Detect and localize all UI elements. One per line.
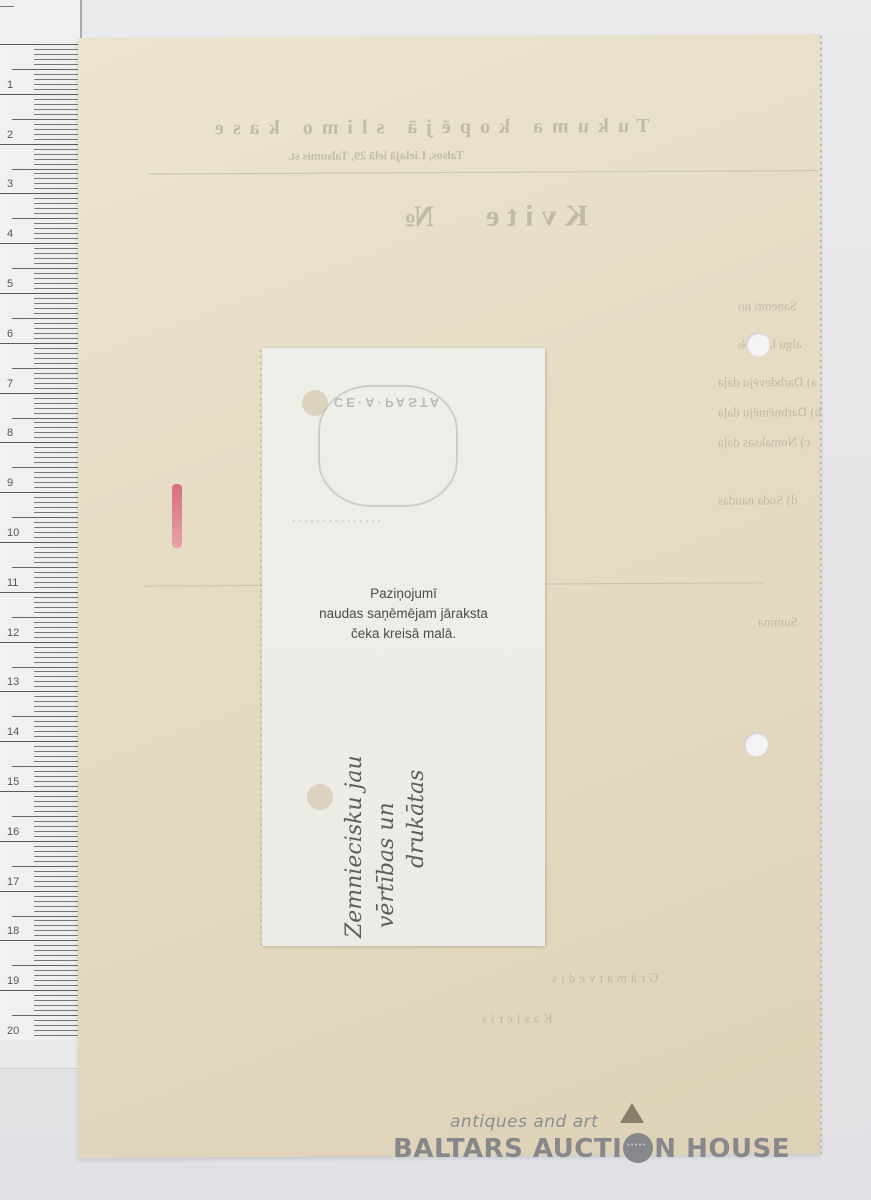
ruler-tick	[34, 114, 80, 115]
ruler-tick	[34, 771, 80, 772]
ruler-tick	[34, 906, 80, 907]
ruler-tick	[12, 268, 80, 269]
ruler-tick	[0, 94, 80, 95]
watermark-tagline: antiques and art	[450, 1112, 598, 1132]
ruler-tick	[12, 716, 80, 717]
handwritten-note: vērtības un	[374, 802, 399, 928]
ruler-tick	[34, 164, 80, 165]
ruler-tick	[34, 328, 80, 329]
ruler-tick	[34, 806, 80, 807]
ruler-tick	[12, 866, 80, 867]
ruler-tick	[34, 54, 80, 55]
ruler-tick	[34, 686, 80, 687]
ruler-tick	[0, 791, 80, 792]
handwritten-note: drukātas	[404, 770, 429, 868]
slip-notice-line: Paziņojumī	[262, 584, 545, 604]
ruler-tick	[34, 925, 80, 926]
ruler-tick	[34, 313, 80, 314]
ruler-tick	[0, 990, 80, 991]
ruler-base	[0, 1040, 80, 1069]
ruler-label: 19	[7, 975, 19, 987]
ruler-tick	[34, 901, 80, 902]
ruler-tick	[34, 248, 80, 249]
ruler-tick	[34, 632, 80, 633]
ruler-label: 5	[7, 278, 13, 290]
ruler-tick	[34, 159, 80, 160]
ruler-tick	[12, 119, 80, 120]
ruler-tick	[34, 955, 80, 956]
ghost-rule	[148, 170, 818, 175]
ruler-tick	[34, 622, 80, 623]
postal-stamp: CE·A·PASTA	[318, 385, 458, 507]
ruler-tick	[34, 213, 80, 214]
ruler-tick	[34, 109, 80, 110]
ruler-tick	[34, 1010, 80, 1011]
slip-notice-line: čeka kreisā malā.	[262, 624, 545, 644]
ruler-tick	[0, 343, 80, 344]
ruler-label: 11	[7, 577, 18, 589]
ghost-number-sign: №	[396, 200, 434, 234]
ruler-tick	[12, 816, 80, 817]
ruler-tick	[12, 617, 80, 618]
ruler-tick	[34, 652, 80, 653]
ruler-label: 3	[7, 178, 13, 190]
ruler-tick	[34, 960, 80, 961]
auction-gavel-o-icon	[623, 1133, 653, 1163]
ruler-tick	[34, 796, 80, 797]
ruler-tick	[34, 263, 80, 264]
ruler-tick	[0, 542, 80, 543]
ruler-tick	[34, 149, 80, 150]
ruler-tick	[0, 293, 80, 294]
crown-icon	[620, 1103, 644, 1123]
ruler-tick	[34, 1030, 80, 1031]
ruler-tick	[34, 198, 80, 199]
ruler-tick	[34, 597, 80, 598]
ruler-tick	[34, 557, 80, 558]
ruler-tick	[0, 642, 80, 643]
measuring-ruler: 1234567891011121314151617181920	[0, 40, 81, 1040]
ruler-tick	[34, 776, 80, 777]
ruler-tick	[34, 482, 80, 483]
ruler-tick	[12, 965, 80, 966]
ruler-label: 16	[7, 826, 19, 838]
ruler-tick	[34, 647, 80, 648]
red-ink-mark	[172, 484, 182, 548]
ruler-tick	[34, 273, 80, 274]
ruler-tick	[34, 657, 80, 658]
ruler-tick	[34, 751, 80, 752]
slip-punch-hole	[307, 784, 333, 810]
ruler-tick	[12, 1015, 80, 1016]
ruler-tick	[34, 671, 80, 672]
ruler-tick	[34, 572, 80, 573]
ghost-line: c) Nomaksas daļa	[718, 434, 810, 450]
ruler-tick	[34, 612, 80, 613]
ruler-tick	[0, 393, 80, 394]
ruler-tick	[34, 676, 80, 677]
ruler-label: 14	[7, 726, 19, 738]
ruler-tick	[34, 238, 80, 239]
ruler-tick	[34, 1025, 80, 1026]
ruler-tick	[34, 64, 80, 65]
ghost-line: b) Darbņēmēju daļa	[718, 404, 821, 421]
slip-perforated-edge	[259, 348, 263, 946]
ruler-tick	[34, 821, 80, 822]
ruler-tick	[34, 1000, 80, 1001]
ruler-tick	[34, 333, 80, 334]
ruler-tick	[34, 950, 80, 951]
ruler-tick	[34, 203, 80, 204]
ruler-tick	[34, 358, 80, 359]
ruler-tick	[34, 298, 80, 299]
ruler-tick	[34, 706, 80, 707]
ruler-label: 7	[7, 378, 13, 390]
ghost-line: d) Soda naudas	[718, 492, 797, 508]
ruler-tick	[0, 492, 80, 493]
ruler-tick	[34, 801, 80, 802]
ruler-tick	[12, 318, 80, 319]
ruler-tick	[34, 552, 80, 553]
ruler-tick	[34, 886, 80, 887]
ruler-tick	[34, 373, 80, 374]
ruler-tick	[34, 223, 80, 224]
ruler-tick	[34, 930, 80, 931]
ruler-tick	[34, 746, 80, 747]
ruler-tick	[34, 547, 80, 548]
ruler-tick	[0, 44, 80, 45]
ruler-tick	[34, 308, 80, 309]
ruler-label: 8	[7, 427, 13, 439]
ruler-tick	[34, 537, 80, 538]
ruler-tick	[34, 527, 80, 528]
ghost-line: Summa	[758, 614, 798, 630]
ruler-tick	[34, 84, 80, 85]
ruler-tick	[0, 193, 80, 194]
stamp-text: CE·A·PASTA	[320, 395, 456, 410]
ruler-tick	[34, 512, 80, 513]
ruler-tick	[34, 721, 80, 722]
ruler-tick	[12, 667, 80, 668]
ruler-tick	[34, 477, 80, 478]
ruler-tick	[34, 627, 80, 628]
ruler-tick	[34, 662, 80, 663]
ruler-tick	[34, 74, 80, 75]
ruler-tick	[34, 139, 80, 140]
ruler-tick	[34, 178, 80, 179]
ruler-tick	[34, 587, 80, 588]
ruler-tick	[34, 378, 80, 379]
ruler-tick	[34, 462, 80, 463]
ruler-tick	[0, 442, 80, 443]
ruler-tick	[34, 437, 80, 438]
ruler-tick	[34, 183, 80, 184]
ruler-tick	[34, 701, 80, 702]
ruler-label: 1	[7, 79, 13, 91]
ruler-tick	[34, 303, 80, 304]
watermark-brand-part2: N HOUSE	[654, 1134, 790, 1164]
ruler-label: 2	[7, 129, 13, 141]
ruler-tick	[34, 348, 80, 349]
slip-ghost-text: - - - - - - - - - - - - - - -	[292, 516, 381, 527]
ruler-tick	[34, 258, 80, 259]
ruler-tick	[0, 691, 80, 692]
punch-hole	[744, 732, 768, 756]
ruler-tick	[34, 871, 80, 872]
ruler-tick	[34, 283, 80, 284]
ruler-tick	[34, 408, 80, 409]
ruler-tick	[0, 741, 80, 742]
ruler-tick	[34, 970, 80, 971]
ruler-tick	[12, 916, 80, 917]
ruler-tick	[34, 173, 80, 174]
ghost-header-address: Talsos, Lielajā ielā 29, Talsumis st.	[288, 148, 464, 164]
ruler-tick	[34, 472, 80, 473]
ruler-tick	[34, 846, 80, 847]
ghost-line: Kasieris	[478, 1010, 553, 1026]
ruler-tick	[0, 592, 80, 593]
ruler-tick	[34, 532, 80, 533]
ruler-tick	[34, 920, 80, 921]
ruler-tick	[34, 129, 80, 130]
ruler-tick	[34, 338, 80, 339]
ruler-tick	[0, 841, 80, 842]
ruler-tick	[34, 388, 80, 389]
ruler-tick	[34, 89, 80, 90]
ruler-tick	[34, 786, 80, 787]
ruler-tick	[0, 940, 80, 941]
ruler-label: 17	[7, 876, 19, 888]
ruler-tick	[34, 278, 80, 279]
ruler-tick	[34, 681, 80, 682]
ruler-tick	[34, 911, 80, 912]
ruler-tick	[12, 418, 80, 419]
ghost-line: Grāmatvedis	[548, 970, 658, 987]
ruler-tick	[34, 876, 80, 877]
ruler-tick	[34, 323, 80, 324]
ruler-tick	[34, 1020, 80, 1021]
ruler-label: 12	[7, 627, 19, 639]
ruler-tick	[34, 104, 80, 105]
ruler-tick	[0, 243, 80, 244]
ruler-tick	[34, 233, 80, 234]
ruler-tick	[34, 487, 80, 488]
ruler-tick	[34, 602, 80, 603]
ruler-tick	[34, 134, 80, 135]
ruler-tick	[34, 363, 80, 364]
ruler-tick	[12, 766, 80, 767]
ruler-label: 6	[7, 328, 13, 340]
ruler-tick	[12, 517, 80, 518]
ruler-tick	[34, 59, 80, 60]
ruler-tick	[34, 726, 80, 727]
ruler-tick	[12, 467, 80, 468]
ruler-top-section	[0, 0, 82, 40]
ruler-tick	[34, 731, 80, 732]
ruler-tick	[34, 736, 80, 737]
ruler-tick	[34, 896, 80, 897]
punch-hole	[746, 332, 770, 356]
ghost-heading: Kvite	[478, 199, 588, 234]
ruler-tick	[34, 980, 80, 981]
ruler-tick	[34, 398, 80, 399]
ruler-tick	[34, 562, 80, 563]
ruler-tick	[34, 383, 80, 384]
ruler-tick	[34, 781, 80, 782]
watermark-brand-part1: BALTARS AUCTI	[393, 1134, 622, 1164]
ruler-tick	[34, 861, 80, 862]
ghost-line: a) Darbdevēju daļa	[718, 374, 817, 391]
ruler-tick	[34, 522, 80, 523]
ruler-tick	[34, 851, 80, 852]
ruler-tick	[34, 228, 80, 229]
ruler-tick	[12, 218, 80, 219]
ruler-tick	[34, 607, 80, 608]
ruler-tick	[34, 826, 80, 827]
ruler-tick	[34, 995, 80, 996]
handwritten-note: Zemniecisku jau	[342, 755, 367, 938]
ruler-tick	[34, 836, 80, 837]
ruler-label: 10	[7, 527, 19, 539]
ruler-label: 18	[7, 925, 19, 937]
ruler-tick	[34, 432, 80, 433]
ruler-tick	[34, 124, 80, 125]
ruler-tick	[34, 945, 80, 946]
ruler-tick	[34, 935, 80, 936]
ruler-tick	[34, 761, 80, 762]
ruler-tick	[12, 368, 80, 369]
ruler-tick	[34, 413, 80, 414]
ruler-tick	[12, 169, 80, 170]
ruler-tick	[34, 457, 80, 458]
ruler-tick	[34, 711, 80, 712]
ruler-tick	[34, 507, 80, 508]
ruler-tick	[34, 188, 80, 189]
ruler-tick	[12, 69, 80, 70]
ruler-tick	[34, 985, 80, 986]
ruler-tick	[34, 831, 80, 832]
ruler-tick	[34, 452, 80, 453]
ruler-tick	[34, 49, 80, 50]
ruler-tick	[34, 403, 80, 404]
ruler-tick	[34, 756, 80, 757]
ruler-tick	[34, 696, 80, 697]
perforated-edge	[819, 34, 823, 1154]
ruler-label: 20	[7, 1025, 19, 1037]
ruler-tick	[34, 353, 80, 354]
ghost-header-title: Tukuma kopējā slimo kase	[206, 115, 650, 140]
ruler-tick	[12, 567, 80, 568]
ruler-tick	[34, 253, 80, 254]
ruler-tick	[34, 582, 80, 583]
ruler-tick	[34, 422, 80, 423]
ruler-tick	[34, 208, 80, 209]
ruler-tick	[34, 79, 80, 80]
ruler-label: 13	[7, 676, 19, 688]
ruler-tick	[0, 144, 80, 145]
ruler-tick	[34, 881, 80, 882]
ruler-tick	[34, 427, 80, 428]
ruler-tick	[34, 288, 80, 289]
ruler-label: 9	[7, 477, 13, 489]
ghost-line: Saņemti no	[738, 298, 797, 314]
ruler-tick	[34, 502, 80, 503]
ruler-tick	[34, 497, 80, 498]
ruler-tick	[34, 811, 80, 812]
ruler-tick	[34, 975, 80, 976]
ruler-tick	[34, 447, 80, 448]
ruler-tick	[34, 637, 80, 638]
slip-notice-line: naudas saņēmējam jāraksta	[262, 604, 545, 624]
ruler-tick	[0, 891, 80, 892]
watermark-brand: BALTARS AUCTIN HOUSE	[393, 1133, 790, 1164]
ruler-tick	[34, 1035, 80, 1036]
ruler-tick	[34, 577, 80, 578]
ruler-tick	[34, 99, 80, 100]
ruler-tick	[34, 154, 80, 155]
ruler-tick	[34, 856, 80, 857]
ruler-label: 15	[7, 776, 19, 788]
ruler-label: 4	[7, 228, 13, 240]
ruler-tick	[34, 1005, 80, 1006]
